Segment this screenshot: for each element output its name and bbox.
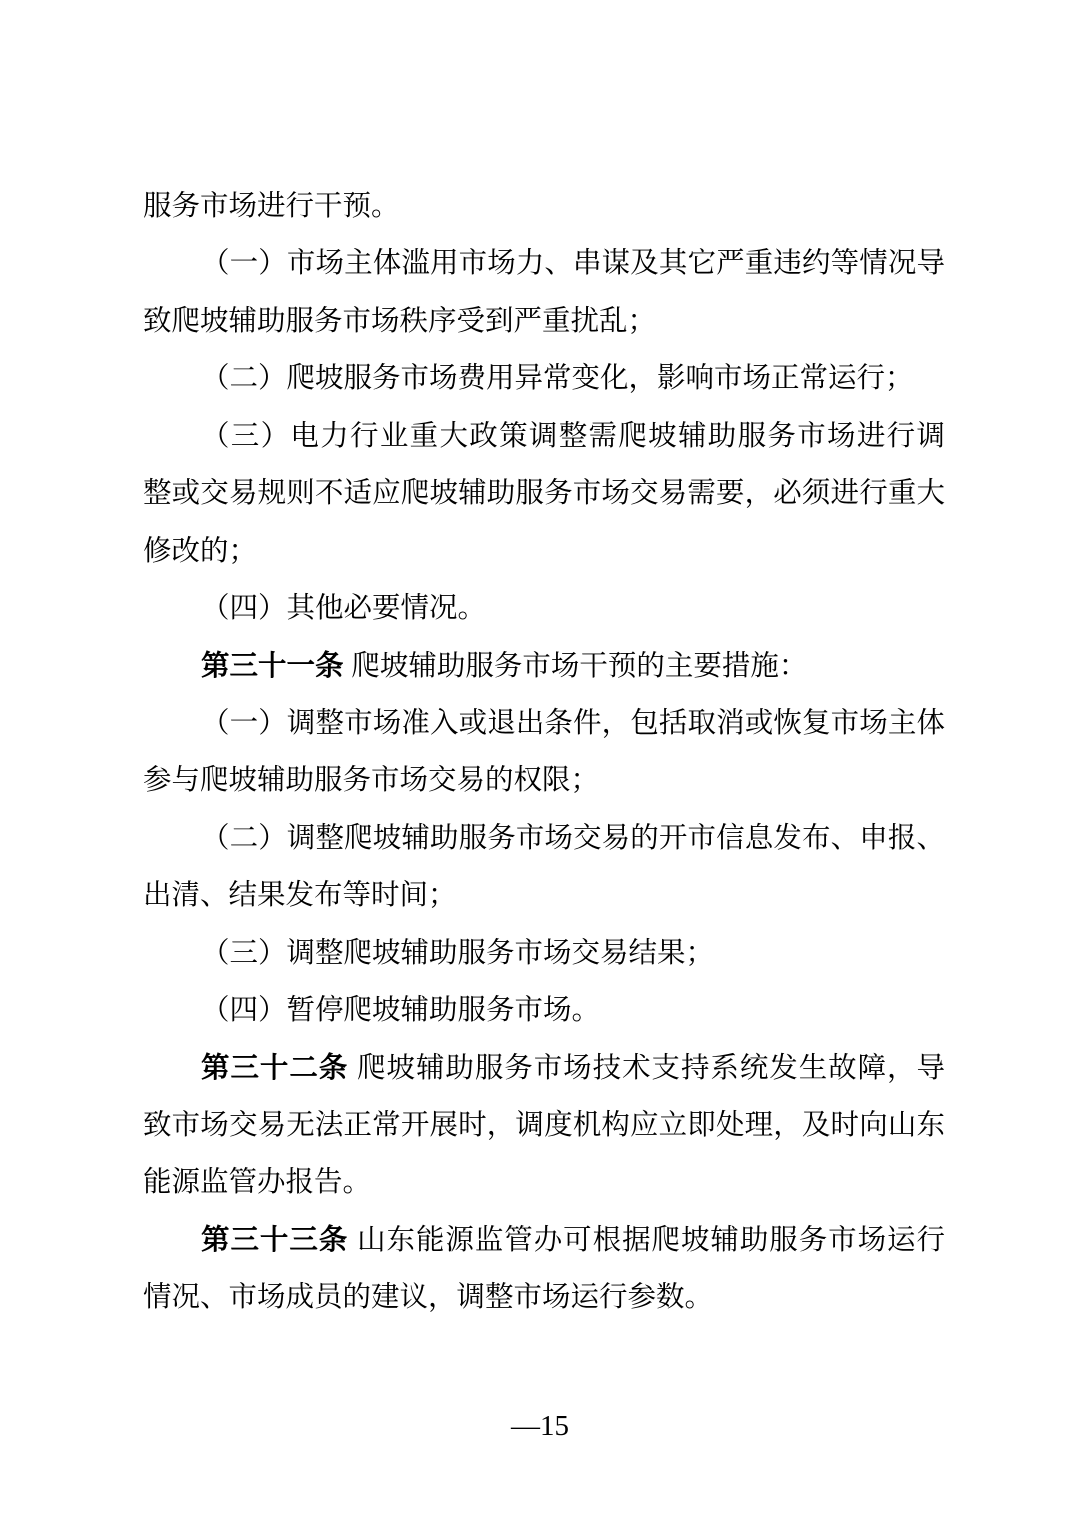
text-line: 致爬坡辅助服务市场秩序受到严重扰乱； <box>143 293 945 350</box>
text-run: （一）市场主体滥用市场力、串谋及其它严重违约等情况导 <box>201 247 945 279</box>
page-number: —15 <box>0 1408 1080 1444</box>
text-line: 致市场交易无法正常开展时，调度机构应立即处理，及时向山东 <box>143 1097 945 1154</box>
text-line: （一）市场主体滥用市场力、串谋及其它严重违约等情况导 <box>143 235 945 292</box>
text-line: （二）调整爬坡辅助服务市场交易的开市信息发布、申报、 <box>143 810 945 867</box>
text-run: 修改的； <box>143 535 257 567</box>
text-line: （三）调整爬坡辅助服务市场交易结果； <box>143 925 945 982</box>
text-run: （二）爬坡服务市场费用异常变化，影响市场正常运行； <box>201 362 914 394</box>
text-run: （二）调整爬坡辅助服务市场交易的开市信息发布、申报、 <box>201 822 945 854</box>
text-line: （一）调整市场准入或退出条件，包括取消或恢复市场主体 <box>143 695 945 752</box>
article-number: 第三十三条 <box>201 1224 348 1256</box>
text-run: 致爬坡辅助服务市场秩序受到严重扰乱； <box>143 305 656 337</box>
text-line: 服务市场进行干预。 <box>143 178 945 235</box>
text-line: 情况、市场成员的建议，调整市场运行参数。 <box>143 1269 945 1326</box>
text-run: 整或交易规则不适应爬坡辅助服务市场交易需要，必须进行重大 <box>143 477 945 509</box>
text-run: 出清、结果发布等时间； <box>143 879 457 911</box>
text-line: 出清、结果发布等时间； <box>143 867 945 924</box>
text-run: 情况、市场成员的建议，调整市场运行参数。 <box>143 1281 713 1313</box>
text-line: 参与爬坡辅助服务市场交易的权限； <box>143 752 945 809</box>
text-run: 致市场交易无法正常开展时，调度机构应立即处理，及时向山东 <box>143 1109 945 1141</box>
text-run: （三）调整爬坡辅助服务市场交易结果； <box>201 937 714 969</box>
text-line: 能源监管办报告。 <box>143 1154 945 1211</box>
text-run: （三）电力行业重大政策调整需爬坡辅助服务市场进行调 <box>201 420 945 452</box>
text-line: 第三十一条 爬坡辅助服务市场干预的主要措施： <box>143 638 945 695</box>
text-line: 第三十三条 山东能源监管办可根据爬坡辅助服务市场运行 <box>143 1212 945 1269</box>
text-run: 参与爬坡辅助服务市场交易的权限； <box>143 764 599 796</box>
article-number: 第三十一条 <box>201 650 344 682</box>
article-number: 第三十二条 <box>201 1052 348 1084</box>
text-run: （四）其他必要情况。 <box>201 592 486 624</box>
text-line: （四）暂停爬坡辅助服务市场。 <box>143 982 945 1039</box>
text-line: （四）其他必要情况。 <box>143 580 945 637</box>
text-line: （三）电力行业重大政策调整需爬坡辅助服务市场进行调 <box>143 408 945 465</box>
document-page: 服务市场进行干预。（一）市场主体滥用市场力、串谋及其它严重违约等情况导致爬坡辅助… <box>0 0 1080 1527</box>
text-line: 整或交易规则不适应爬坡辅助服务市场交易需要，必须进行重大 <box>143 465 945 522</box>
text-run: （四）暂停爬坡辅助服务市场。 <box>201 994 600 1026</box>
text-run: （一）调整市场准入或退出条件，包括取消或恢复市场主体 <box>201 707 945 739</box>
text-run: 山东能源监管办可根据爬坡辅助服务市场运行 <box>348 1224 945 1256</box>
text-run: 爬坡辅助服务市场干预的主要措施： <box>344 650 808 682</box>
text-line: 修改的； <box>143 523 945 580</box>
text-run: 能源监管办报告。 <box>143 1166 371 1198</box>
text-run: 服务市场进行干预。 <box>143 190 400 222</box>
document-body: 服务市场进行干预。（一）市场主体滥用市场力、串谋及其它严重违约等情况导致爬坡辅助… <box>143 178 945 1327</box>
text-run: 爬坡辅助服务市场技术支持系统发生故障，导 <box>348 1052 945 1084</box>
text-line: （二）爬坡服务市场费用异常变化，影响市场正常运行； <box>143 350 945 407</box>
text-line: 第三十二条 爬坡辅助服务市场技术支持系统发生故障，导 <box>143 1040 945 1097</box>
